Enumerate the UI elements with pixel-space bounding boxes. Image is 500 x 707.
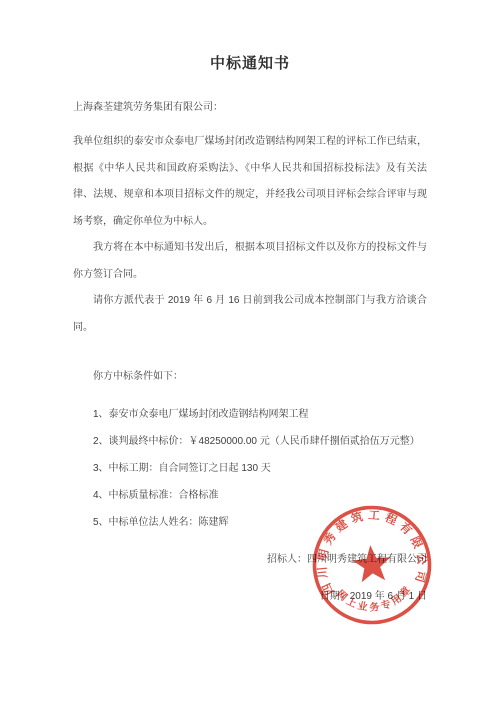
condition-item-2: 2、谈判最终中标价：￥48250000.00 元（人民币肆仟捌佰贰拾伍万元整） — [73, 428, 427, 455]
conditions-intro: 你方中标条件如下： — [73, 364, 427, 391]
addressee-line: 上海森荃建筑劳务集团有限公司： — [73, 95, 427, 122]
condition-item-3: 3、中标工期：自合同签订之日起 130 天 — [73, 455, 427, 482]
body-paragraph-3: 请你方派代表于 2019 年 6 月 16 日前到我公司成本控制部门与我方洽谈合… — [73, 288, 427, 341]
stamp-star-icon — [351, 543, 392, 582]
body-paragraph-1: 我单位组织的泰安市众泰电厂煤场封闭改造钢结构网架工程的评标工作已结束，根据《中华… — [73, 129, 427, 235]
condition-item-1: 1、泰安市众泰电厂煤场封闭改造钢结构网架工程 — [73, 401, 427, 428]
notice-title: 中标通知书 — [0, 52, 500, 73]
award-notice-page: 中标通知书 上海森荃建筑劳务集团有限公司： 我单位组织的泰安市众泰电厂煤场封闭改… — [0, 0, 500, 707]
body-paragraph-2: 我方将在本中标通知书发出后，根据本项目招标文件以及你方的投标文件与你方签订合同。 — [73, 235, 427, 288]
notice-body: 上海森荃建筑劳务集团有限公司： 我单位组织的泰安市众泰电厂煤场封闭改造钢结构网架… — [73, 95, 427, 536]
company-stamp-icon: 四川明秀建筑工程有限公司 网上业务专用章 — [305, 498, 439, 632]
